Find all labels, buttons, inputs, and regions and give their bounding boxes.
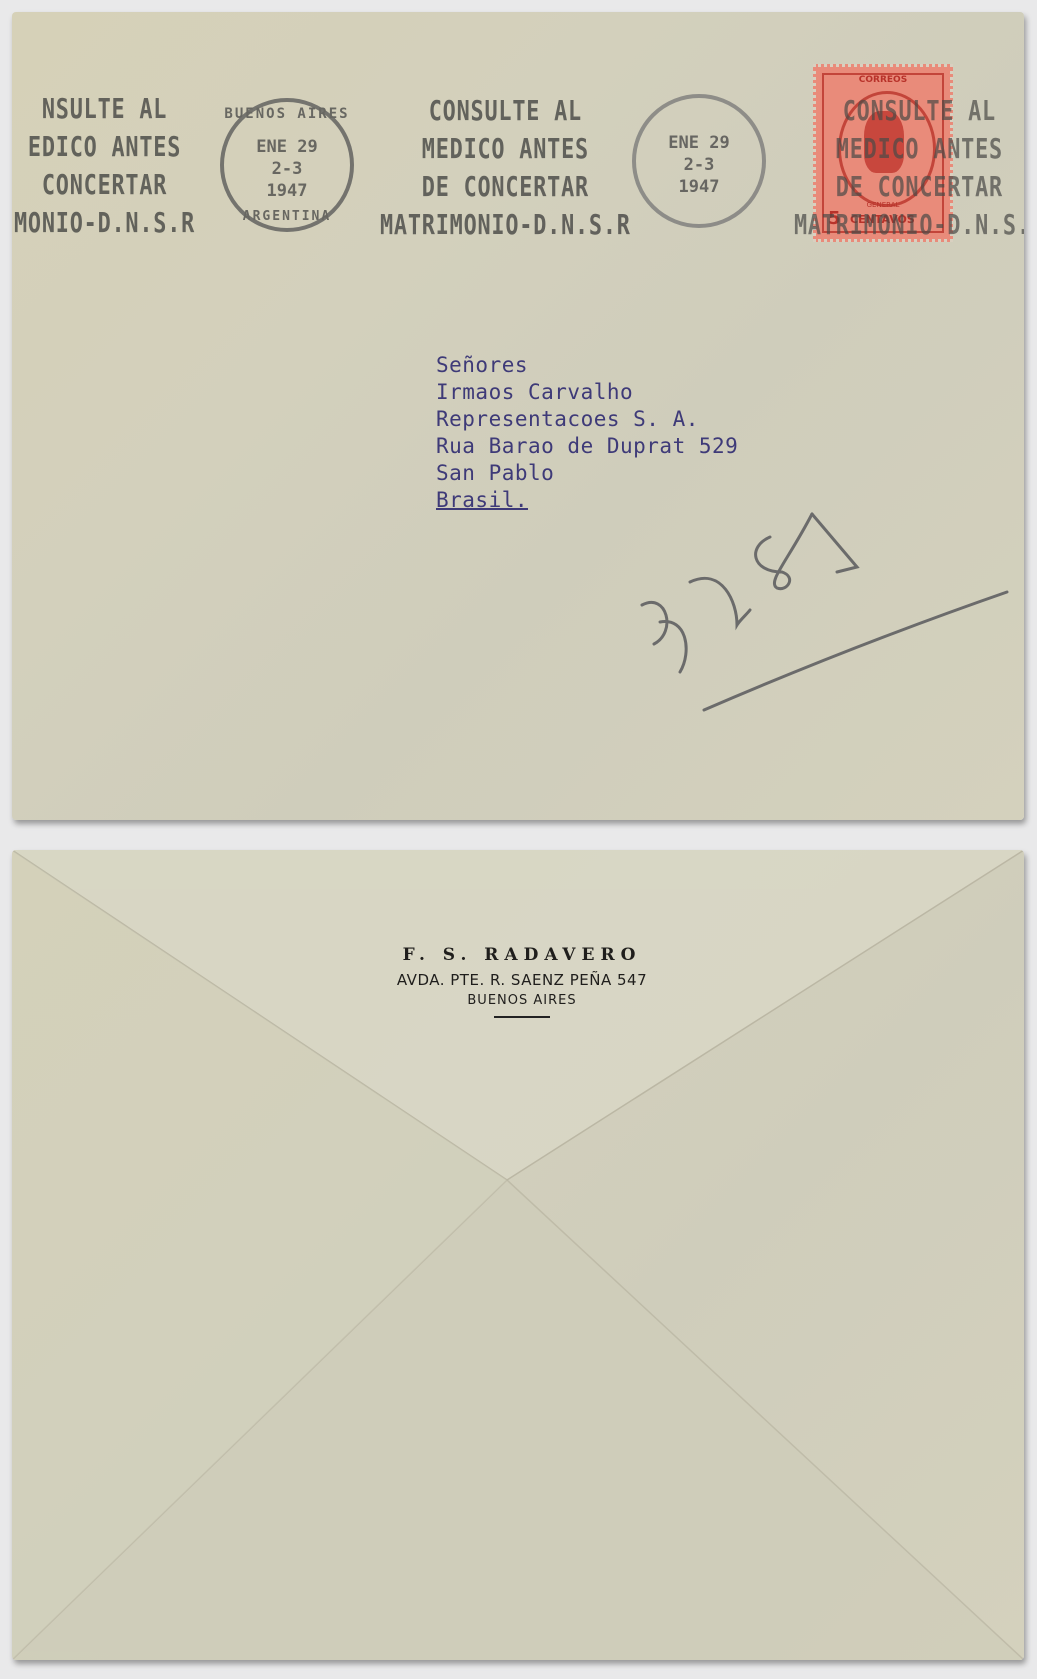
sender-name: F. S. RADAVERO xyxy=(342,945,702,965)
sender-city: BUENOS AIRES xyxy=(342,993,702,1008)
slogan-line: MEDICO ANTES xyxy=(794,130,1024,168)
postmark-city: BUENOS AIRES xyxy=(224,106,350,122)
slogan-line: DE CONCERTAR xyxy=(794,168,1024,206)
postmark-date-line: 2-3 xyxy=(224,158,350,180)
postmark-date-line: 2-3 xyxy=(636,154,762,176)
postmark-left: BUENOS AIRES ENE 29 2-3 1947 ARGENTINA xyxy=(220,98,354,232)
pencil-annotation xyxy=(612,492,1024,722)
address-line: Representacoes S. A. xyxy=(436,406,738,433)
recipient-address: Señores Irmaos Carvalho Representacoes S… xyxy=(436,352,738,514)
slogan-line: MATRIMONIO-D.N.S.R xyxy=(794,206,1024,244)
slogan-cancel-right: CONSULTE AL MEDICO ANTES DE CONCERTAR MA… xyxy=(794,92,1024,244)
postmark-date: ENE 29 2-3 1947 xyxy=(224,136,350,202)
sender-street: AVDA. PTE. R. SAENZ PEÑA 547 xyxy=(342,971,702,989)
slogan-line: MEDICO ANTES xyxy=(380,130,631,168)
postmark-date-line: ENE 29 xyxy=(224,136,350,158)
slogan-line: CONSULTE AL xyxy=(380,92,631,130)
slogan-line: NSULTE AL xyxy=(14,90,195,128)
slogan-line: MONIO-D.N.S.R xyxy=(14,204,195,242)
postmark-country: ARGENTINA xyxy=(224,209,350,224)
envelope-front: NSULTE AL EDICO ANTES CONCERTAR MONIO-D.… xyxy=(12,12,1024,820)
slogan-line: CONSULTE AL xyxy=(794,92,1024,130)
slogan-line: CONCERTAR xyxy=(14,166,195,204)
postmark-date-line: ENE 29 xyxy=(636,132,762,154)
slogan-cancel-center: CONSULTE AL MEDICO ANTES DE CONCERTAR MA… xyxy=(380,92,631,244)
slogan-line: MATRIMONIO-D.N.S.R xyxy=(380,206,631,244)
postmark-date-line: 1947 xyxy=(636,176,762,198)
address-line: Irmaos Carvalho xyxy=(436,379,738,406)
postmark-date-line: 1947 xyxy=(224,180,350,202)
postmark-right: ENE 29 2-3 1947 xyxy=(632,94,766,228)
slogan-line: DE CONCERTAR xyxy=(380,168,631,206)
address-line: Señores xyxy=(436,352,738,379)
stamp-header: CORREOS xyxy=(816,75,950,85)
divider-rule xyxy=(494,1016,550,1018)
slogan-cancel-left: NSULTE AL EDICO ANTES CONCERTAR MONIO-D.… xyxy=(14,90,195,242)
address-line: San Pablo xyxy=(436,460,738,487)
sender-return-address: F. S. RADAVERO AVDA. PTE. R. SAENZ PEÑA … xyxy=(342,945,702,1018)
envelope-back: F. S. RADAVERO AVDA. PTE. R. SAENZ PEÑA … xyxy=(12,850,1024,1660)
address-line: Rua Barao de Duprat 529 xyxy=(436,433,738,460)
postmark-date: ENE 29 2-3 1947 xyxy=(636,132,762,198)
slogan-line: EDICO ANTES xyxy=(14,128,195,166)
